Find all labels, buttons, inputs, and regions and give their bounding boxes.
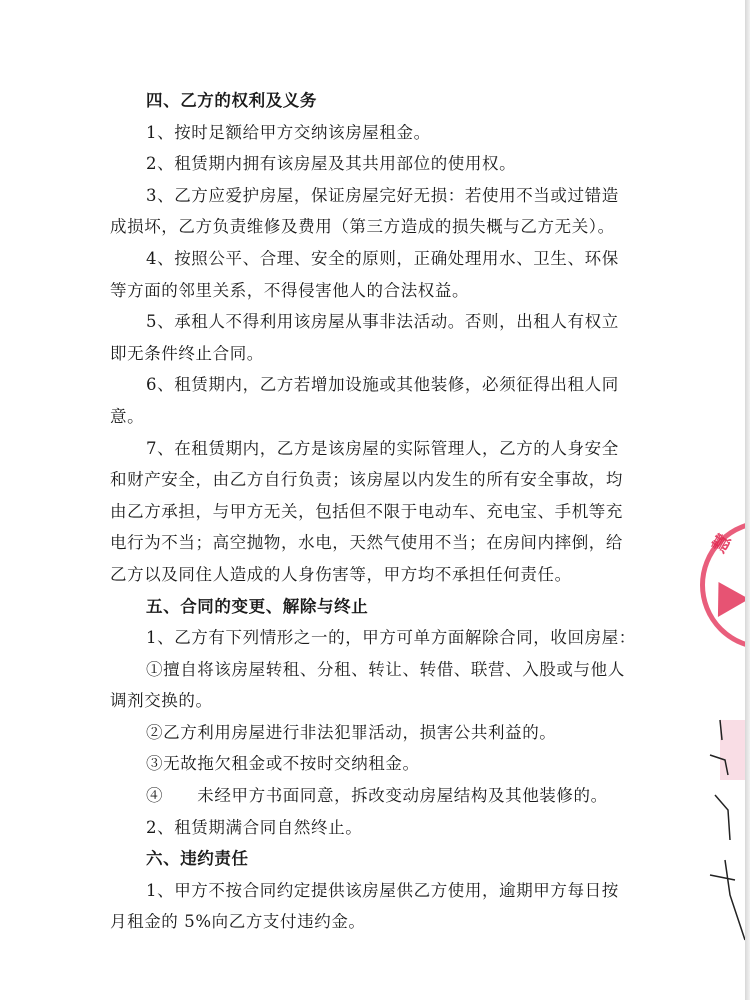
signature-mark-1 [700, 715, 740, 785]
paragraph-line: 1、按时足额给甲方交纳该房屋租金。 [110, 122, 635, 144]
paragraph-line: ④ 未经甲方书面同意，拆改变动房屋结构及其他装修的。 [110, 785, 635, 807]
paragraph-line: 2、租赁期满合同自然终止。 [110, 817, 635, 839]
paragraph-line: ①擅自将该房屋转租、分租、转让、转借、联营、入股或与他人 [110, 659, 635, 681]
section-heading-6: 六、违约责任 [110, 848, 635, 870]
section-heading-4: 四、乙方的权利及义务 [110, 90, 635, 112]
paragraph-line: 7、在租赁期内，乙方是该房屋的实际管理人，乙方的人身安全 [110, 438, 635, 460]
paragraph-line: 3、乙方应爱护房屋，保证房屋完好无损：若使用不当或过错造 [110, 185, 635, 207]
paragraph-line: ②乙方利用房屋进行非法犯罪活动，损害公共利益的。 [110, 722, 635, 744]
paragraph-line: 5、承租人不得利用该房屋从事非法活动。否则，出租人有权立 [110, 311, 635, 333]
paragraph-line: 乙方以及同住人造成的人身伤害等，甲方均不承担任何责任。 [110, 564, 635, 586]
paragraph-line: 电行为不当；高空抛物，水电，天然气使用不当；在房间内摔倒，给 [110, 532, 635, 554]
paragraph-line: 等方面的邻里关系，不得侵害他人的合法权益。 [110, 280, 635, 302]
signature-mark-3 [700, 855, 750, 945]
paragraph-line: 即无条件终止合同。 [110, 343, 635, 365]
paragraph-line: 调剂交换的。 [110, 690, 635, 712]
document-body: 四、乙方的权利及义务 1、按时足额给甲方交纳该房屋租金。 2、租赁期内拥有该房屋… [110, 90, 635, 943]
page-edge-shadow [745, 0, 750, 1000]
paragraph-line: 月租金的 5%向乙方支付违约金。 [110, 911, 635, 933]
document-page: 四、乙方的权利及义务 1、按时足额给甲方交纳该房屋租金。 2、租赁期内拥有该房屋… [0, 0, 750, 1000]
signature-mark-2 [700, 790, 740, 850]
paragraph-line: 成损坏，乙方负责维修及费用（第三方造成的损失概与乙方无关）。 [110, 216, 635, 238]
paragraph-line: 2、租赁期内拥有该房屋及其共用部位的使用权。 [110, 153, 635, 175]
paragraph-line: 6、租赁期内，乙方若增加设施或其他装修，必须征得出租人同 [110, 374, 635, 396]
paragraph-line: 由乙方承担，与甲方无关，包括但不限于电动车、充电宝、手机等充 [110, 501, 635, 523]
paragraph-line: 意。 [110, 406, 635, 428]
paragraph-line: ③无故拖欠租金或不按时交纳租金。 [110, 753, 635, 775]
paragraph-line: 1、甲方不按合同约定提供该房屋供乙方使用，逾期甲方每日按 [110, 880, 635, 902]
section-heading-5: 五、合同的变更、解除与终止 [110, 596, 635, 618]
paragraph-line: 和财产安全，由乙方自行负责；该房屋以内发生的所有安全事故，均 [110, 469, 635, 491]
paragraph-line: 4、按照公平、合理、安全的原则，正确处理用水、卫生、环保 [110, 248, 635, 270]
paragraph-line: 1、乙方有下列情形之一的，甲方可单方面解除合同，收回房屋： [110, 627, 635, 649]
